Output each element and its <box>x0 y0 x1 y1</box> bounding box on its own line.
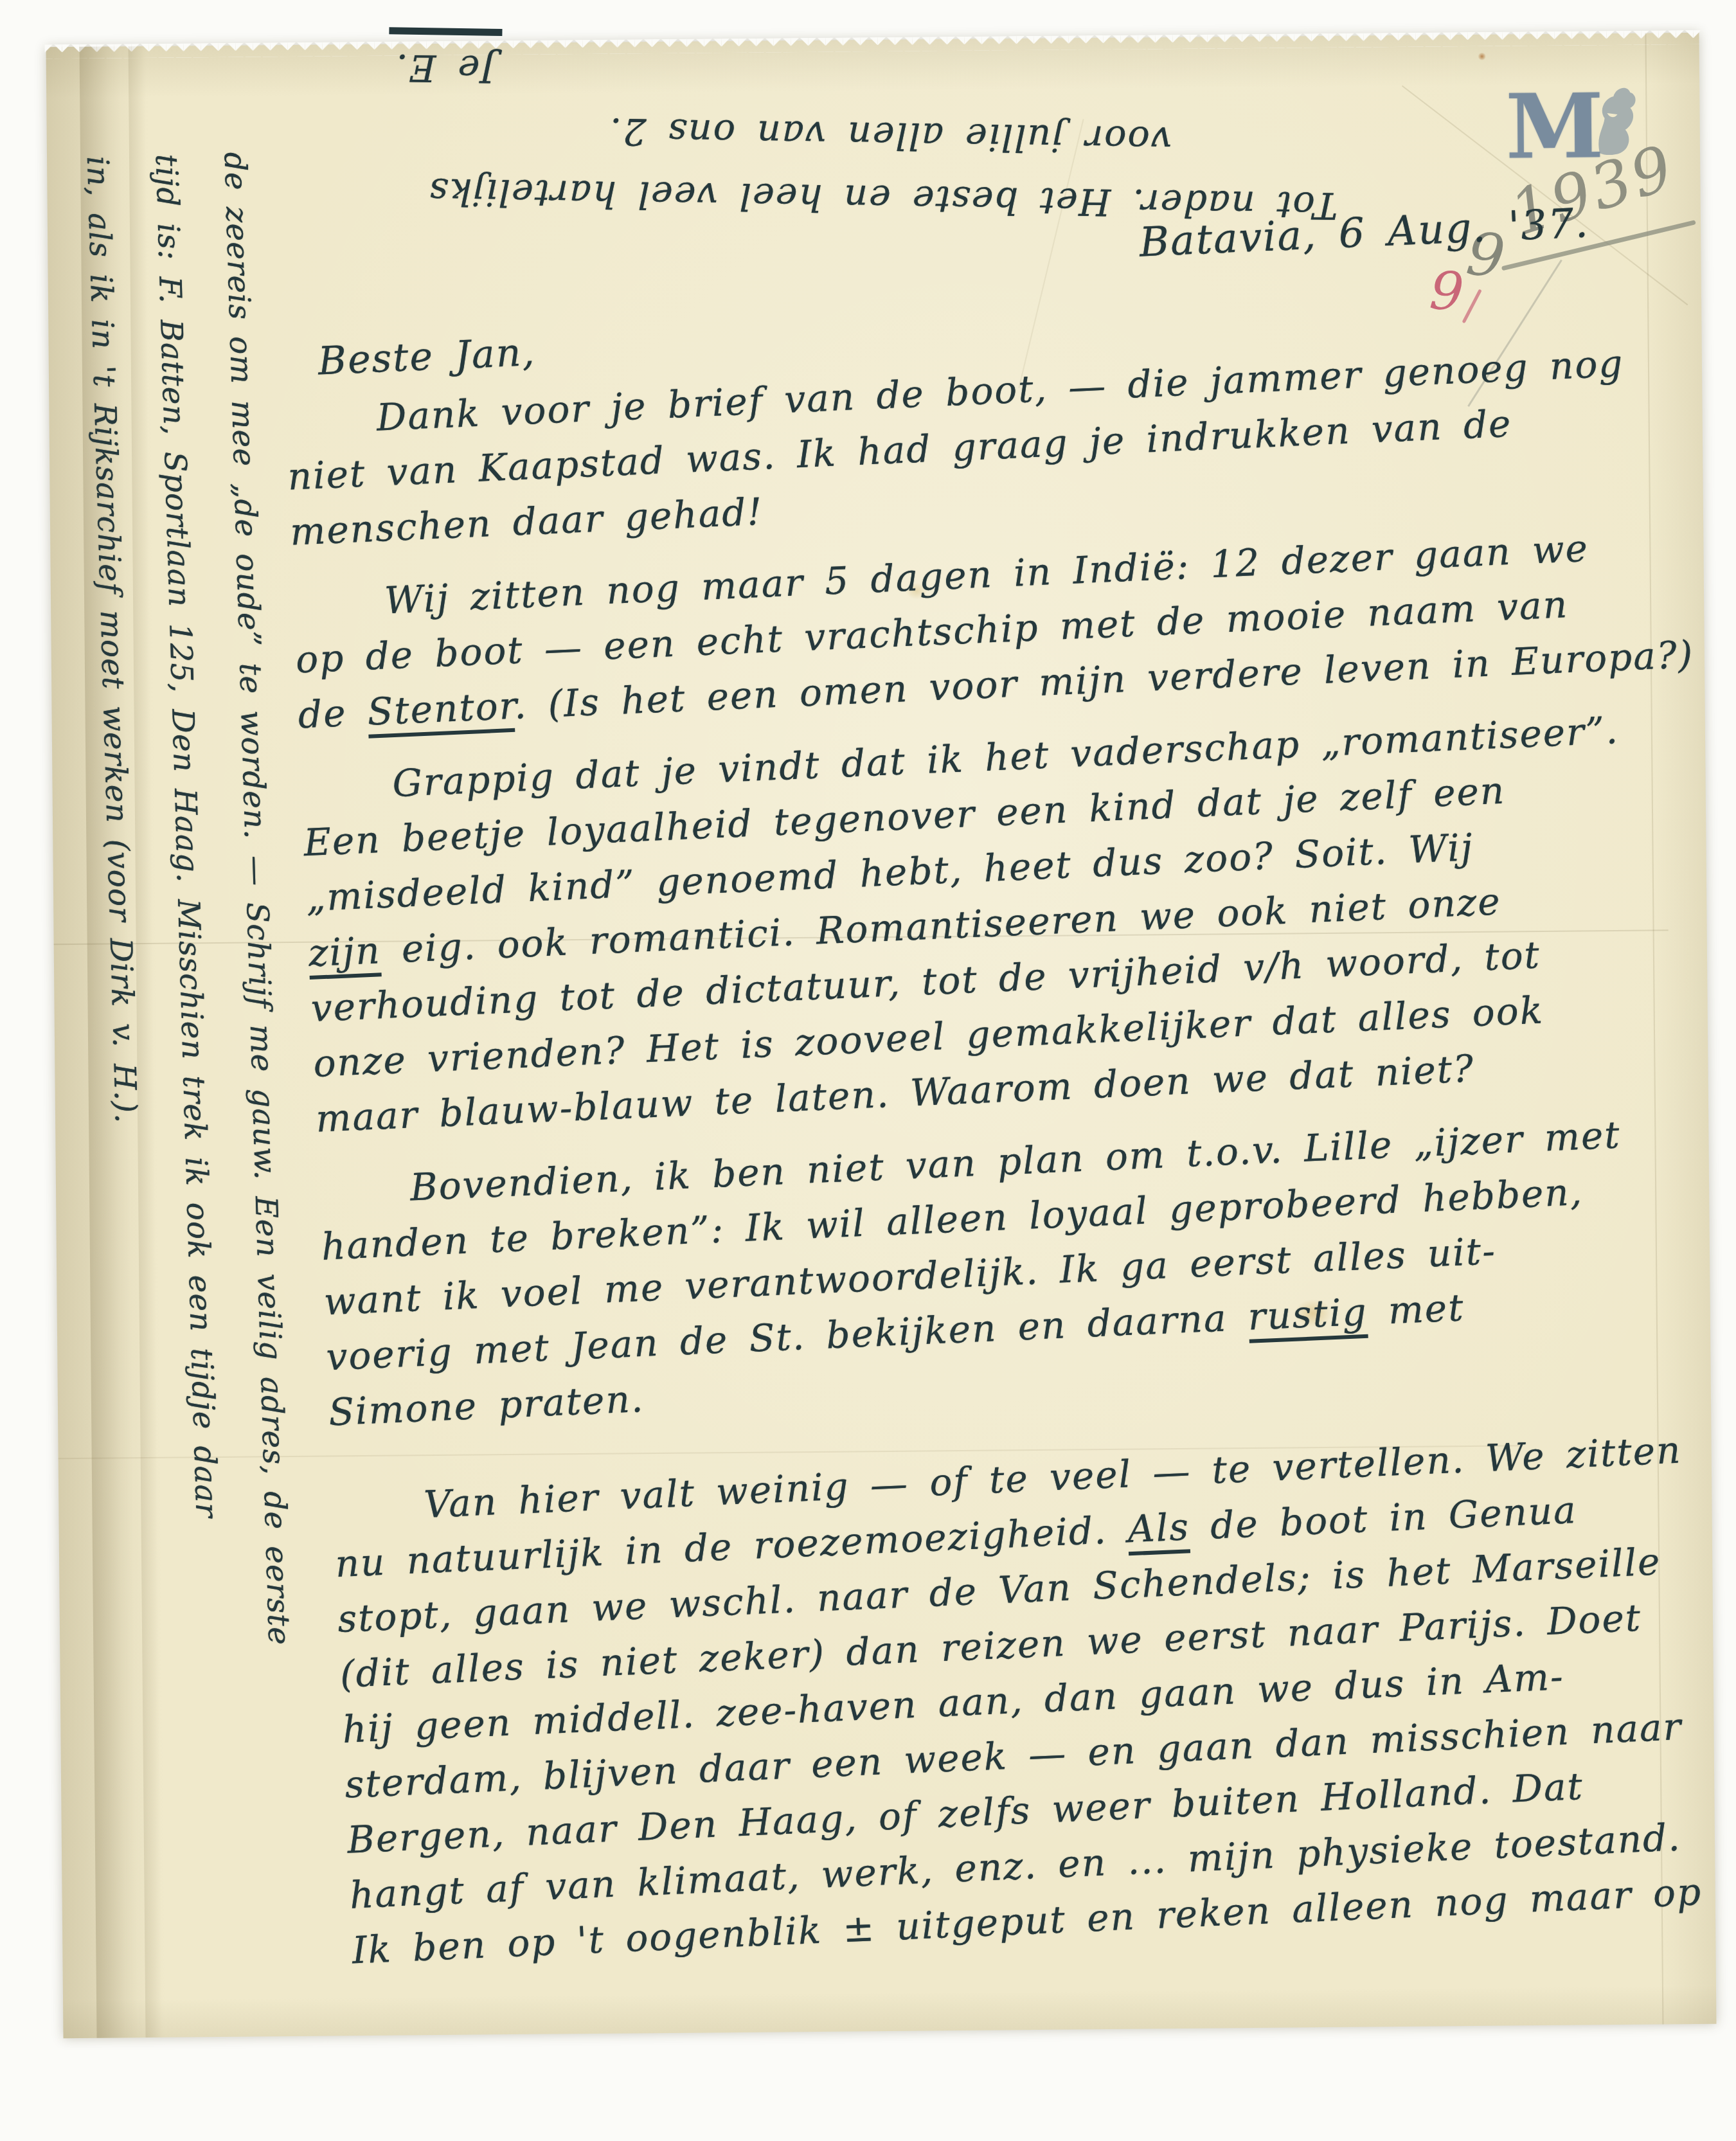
scanned-letter: Tot nader. Het beste en heel veel hartel… <box>0 0 1736 2141</box>
paragraph: Bovendien, ik ben niet van plan om t.o.v… <box>318 1102 1736 1440</box>
signature: Je E. <box>388 27 503 100</box>
letter-body: Batavia, 6 Aug. '37. Beste Jan, Dank voo… <box>278 188 1736 1996</box>
underlined-word: zijn <box>308 928 382 980</box>
underlined-word: Stentor <box>366 684 515 739</box>
margin-note: de zeereis om mee „de oude” te worden. —… <box>52 151 325 2021</box>
stain <box>1478 53 1486 60</box>
underlined-word: rustig <box>1247 1290 1368 1343</box>
paper-sheet: Tot nader. Het beste en heel veel hartel… <box>46 33 1717 2038</box>
paragraph: Van hier valt weinig — of te veel — te v… <box>332 1419 1736 1978</box>
paragraph: Grappig dat je vindt dat ik het vadersch… <box>300 698 1736 1147</box>
underlined-word: Als <box>1127 1505 1190 1555</box>
